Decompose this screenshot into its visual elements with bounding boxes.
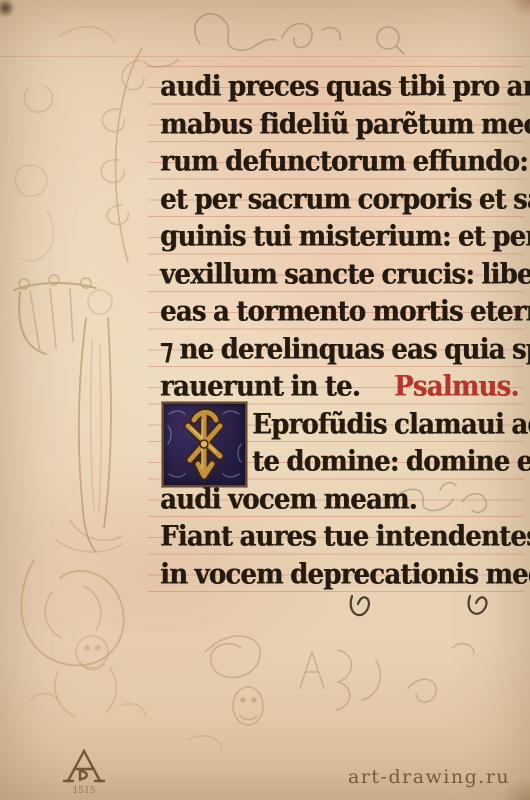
text-line: audi preces quas tibi pro ani- <box>160 68 528 107</box>
descender-flourishes <box>351 596 487 615</box>
text-line: Fiant aures tue intendentes: <box>160 518 528 557</box>
text-line: et per sacrum corporis et san- <box>160 181 528 220</box>
text-line: eas a tormento mortis eterne: <box>160 293 528 332</box>
text-line: rum defunctorum effundo: <box>160 143 528 182</box>
manuscript-page: audi preces quas tibi pro ani- mabus fid… <box>0 0 530 800</box>
text-line: guinis tui misterium: et per <box>160 218 528 257</box>
text-line: in vocem deprecationis mee. <box>160 556 528 595</box>
durer-monogram: 1515 <box>40 735 160 800</box>
text-line: vexillum sancte crucis: libera <box>160 256 528 295</box>
text-line: Eprofũdis clamaui ad <box>252 406 530 445</box>
text-line: mabus fideliũ parẽtum meo- <box>160 106 528 145</box>
watermark-text: art-drawing.ru <box>348 766 526 788</box>
monogram-year: 1515 <box>73 786 96 796</box>
text-line: rauerunt in te. <box>160 371 360 403</box>
initial-interlace-ornament <box>164 404 245 485</box>
illuminated-initial-d <box>162 402 247 487</box>
text-line: te domine: domine ex- <box>252 443 530 482</box>
bottom-sketches <box>188 636 474 748</box>
text-line: ⁊ ne derelinquas eas quia spe- <box>160 331 528 370</box>
rubric-psalmus: Psalmus. <box>394 371 519 403</box>
